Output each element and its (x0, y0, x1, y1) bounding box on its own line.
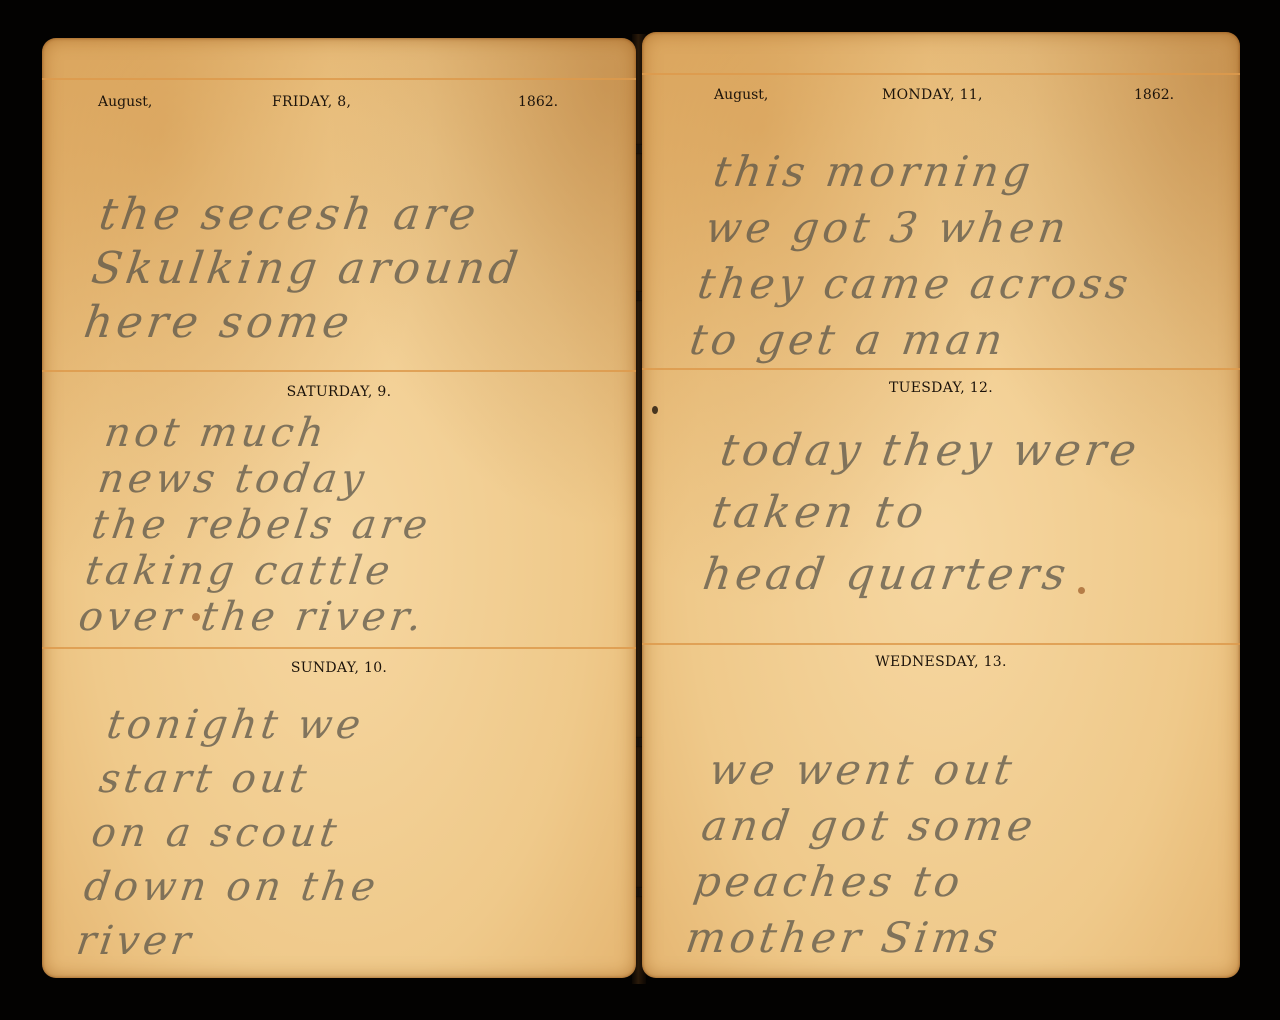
diary-entry-wednesday: we went out and got some peaches to moth… (682, 742, 1048, 966)
header-month: August, (98, 94, 152, 110)
page-header: August, MONDAY, 11, 1862. (642, 87, 1240, 107)
diary-entry-sunday: tonight we start out on a scout down on … (73, 698, 405, 968)
diary-entry-monday: this morning we got 3 when they came acr… (686, 144, 1151, 368)
diary-entry-tuesday: today they were taken to head quarters (699, 420, 1144, 606)
section-rule (42, 370, 636, 372)
header-month: August, (714, 87, 768, 103)
header-day: FRIDAY, 8, (272, 94, 351, 110)
section-rule (642, 368, 1240, 370)
diary-entry-friday: the secesh are Skulking around here some (81, 188, 533, 350)
day-label-wednesday: WEDNESDAY, 13. (642, 654, 1240, 670)
ink-stain (652, 406, 658, 414)
header-year: 1862. (518, 94, 558, 110)
diary-entry-saturday: not much news today the rebels are takin… (76, 410, 454, 640)
ink-stain (1078, 587, 1085, 594)
header-rule (42, 78, 636, 80)
day-label-saturday: SATURDAY, 9. (42, 384, 636, 400)
header-year: 1862. (1134, 87, 1174, 103)
section-rule (42, 647, 636, 649)
right-page: August, MONDAY, 11, 1862. this morning w… (642, 32, 1240, 978)
header-rule (642, 73, 1240, 75)
page-header: August, FRIDAY, 8, 1862. (42, 94, 636, 114)
day-label-sunday: SUNDAY, 10. (42, 660, 636, 676)
header-day: MONDAY, 11, (882, 87, 983, 103)
left-page: August, FRIDAY, 8, 1862. the secesh are … (42, 38, 636, 978)
ink-stain (192, 613, 200, 621)
section-rule (642, 643, 1240, 645)
day-label-tuesday: TUESDAY, 12. (642, 380, 1240, 396)
